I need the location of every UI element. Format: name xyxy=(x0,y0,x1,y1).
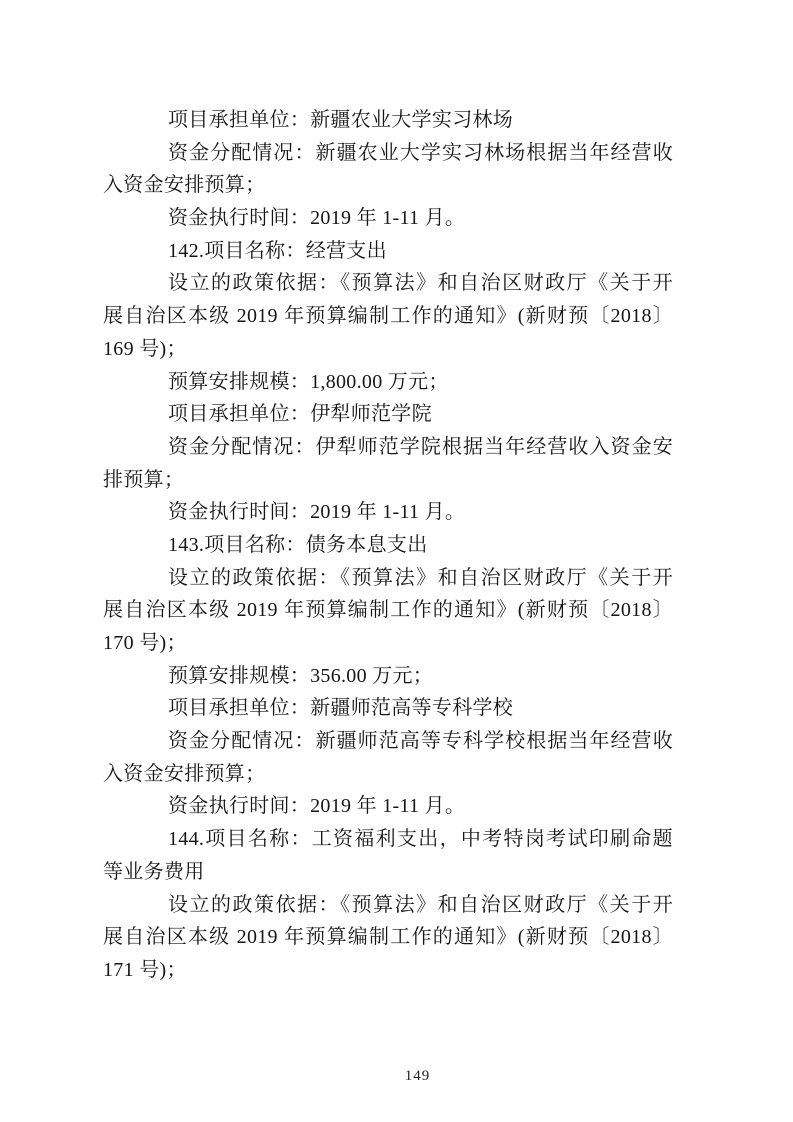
text-line: 设立的政策依据：《预算法》和自治区财政厅《关于开 xyxy=(103,889,673,922)
text-line: 资金执行时间：2019 年 1-11 月。 xyxy=(103,202,673,235)
text-line: 预算安排规模：1,800.00 万元； xyxy=(103,366,673,399)
text-line: 展自治区本级 2019 年预算编制工作的通知》(新财预〔2018〕 xyxy=(103,300,673,333)
text-line: 等业务费用 xyxy=(103,856,673,889)
text-line: 排预算； xyxy=(103,464,673,497)
text-line: 资金分配情况：新疆师范高等专科学校根据当年经营收 xyxy=(103,725,673,758)
text-line: 入资金安排预算； xyxy=(103,758,673,791)
document-page: 项目承担单位：新疆农业大学实习林场资金分配情况：新疆农业大学实习林场根据当年经营… xyxy=(0,0,793,1122)
text-line: 143.项目名称：债务本息支出 xyxy=(103,529,673,562)
text-line: 设立的政策依据：《预算法》和自治区财政厅《关于开 xyxy=(103,562,673,595)
text-line: 项目承担单位：新疆农业大学实习林场 xyxy=(103,104,673,137)
text-line: 项目承担单位：伊犁师范学院 xyxy=(103,398,673,431)
text-line: 展自治区本级 2019 年预算编制工作的通知》(新财预〔2018〕 xyxy=(103,594,673,627)
text-line: 资金分配情况：新疆农业大学实习林场根据当年经营收 xyxy=(103,137,673,170)
text-line: 资金执行时间：2019 年 1-11 月。 xyxy=(103,790,673,823)
text-line: 资金执行时间：2019 年 1-11 月。 xyxy=(103,496,673,529)
text-line: 资金分配情况：伊犁师范学院根据当年经营收入资金安 xyxy=(103,431,673,464)
text-line: 设立的政策依据：《预算法》和自治区财政厅《关于开 xyxy=(103,267,673,300)
text-line: 171 号)； xyxy=(103,954,673,987)
text-line: 170 号)； xyxy=(103,627,673,660)
page-number: 149 xyxy=(0,1068,793,1085)
text-line: 142.项目名称：经营支出 xyxy=(103,235,673,268)
text-line: 入资金安排预算； xyxy=(103,169,673,202)
text-line: 144.项目名称：工资福利支出，中考特岗考试印刷命题 xyxy=(103,823,673,856)
text-line: 展自治区本级 2019 年预算编制工作的通知》(新财预〔2018〕 xyxy=(103,921,673,954)
text-line: 预算安排规模：356.00 万元； xyxy=(103,660,673,693)
text-line: 项目承担单位：新疆师范高等专科学校 xyxy=(103,692,673,725)
text-line: 169 号)； xyxy=(103,333,673,366)
document-body: 项目承担单位：新疆农业大学实习林场资金分配情况：新疆农业大学实习林场根据当年经营… xyxy=(103,104,673,987)
